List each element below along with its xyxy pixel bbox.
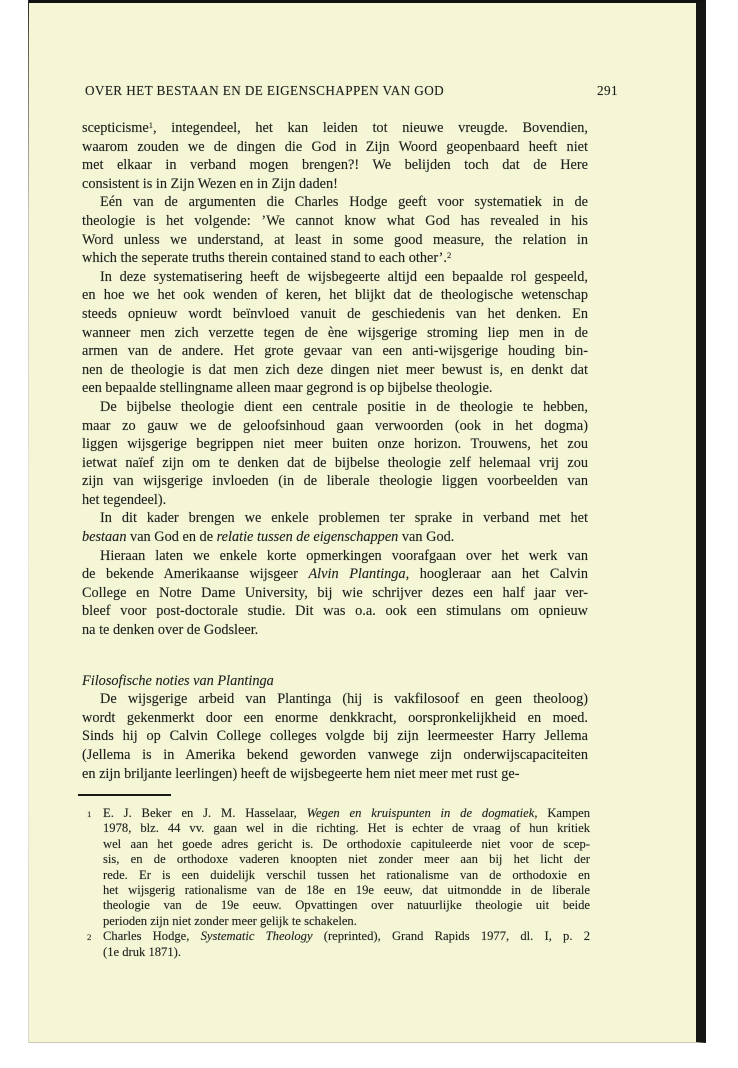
text-line: liggen wijsgerige begrippen niet meer bu… [82, 435, 588, 454]
text-line: waarom zouden we de dingen die God in Zi… [82, 138, 588, 157]
footnote-line: (1e druk 1871). [103, 945, 590, 960]
text-line: (Jellema is in Amerika bekend geworden v… [82, 746, 588, 765]
text-line: College en Notre Dame University, bij wi… [82, 584, 588, 603]
footnote-line: perioden zijn niet zonder meer gelijk te… [103, 914, 590, 929]
text-line: theologie is het volgende: ’We cannot kn… [82, 212, 588, 231]
text-line: De wijsgerige arbeid van Plantinga (hij … [82, 690, 588, 709]
text-line: nen de theologie is dat men zich deze di… [82, 361, 588, 380]
text-line: Eén van de argumenten die Charles Hodge … [82, 193, 588, 212]
footnote: 2Charles Hodge, Systematic Theology (rep… [85, 929, 590, 960]
footnote-divider [78, 794, 171, 796]
footnote-line: theologie van de 19e eeuw. Opvattingen o… [103, 898, 590, 913]
text-line: consistent is in Zijn Wezen en in Zijn d… [82, 175, 588, 194]
book-page: OVER HET BESTAAN EN DE EIGENSCHAPPEN VAN… [29, 0, 706, 1043]
scanned-page: OVER HET BESTAAN EN DE EIGENSCHAPPEN VAN… [0, 0, 738, 1068]
footnotes: 1E. J. Beker en J. M. Hasselaar, Wegen e… [85, 806, 590, 960]
text-line: de bekende Amerikaanse wijsgeer Alvin Pl… [82, 565, 588, 584]
text-line: zijn van wijsgerige invloeden (in de lib… [82, 472, 588, 491]
page-number: 291 [597, 83, 618, 98]
footnote-line: sis, en de orthodoxe vaderen knoopten ni… [103, 852, 590, 867]
text-line: Sinds hij op Calvin College colleges vol… [82, 727, 588, 746]
text-line: ietwat naïef zijn om te denken dat de bi… [82, 454, 588, 473]
text-line: Word unless we understand, at least in s… [82, 231, 588, 250]
footnote-line: wel aan het goede adres gericht is. De o… [103, 837, 590, 852]
footnote-line: 1978, blz. 44 vv. gaan wel in die richti… [103, 821, 590, 836]
text-line: steeds opnieuw wordt beïnvloed vanuit de… [82, 305, 588, 324]
text-line: en zijn briljante leerlingen) heeft de w… [82, 765, 588, 784]
text-line: In dit kader brengen we enkele problemen… [82, 509, 588, 528]
text-line: een bepaalde stellingname alleen maar ge… [82, 379, 588, 398]
text-line: wordt gekenmerkt door een enorme denkkra… [82, 709, 588, 728]
footnote-marker: 2 [87, 930, 91, 945]
footnote-line: het wijsgerig rationalisme van de 18e en… [103, 883, 590, 898]
text-line: met elkaar in verband mogen brengen?! We… [82, 156, 588, 175]
footnote-marker: 1 [87, 807, 91, 822]
text-line: scepticisme1, integendeel, het kan leide… [82, 119, 588, 138]
text-line: en hoe we het ook wenden of keren, het b… [82, 286, 588, 305]
section-heading: Filosofische noties van Plantinga [82, 672, 588, 691]
text-line: bestaan van God en de relatie tussen de … [82, 528, 588, 547]
text-line: De bijbelse theologie dient een centrale… [82, 398, 588, 417]
text-line: wanneer men zich verzette tegen de ène w… [82, 324, 588, 343]
footnote-line: rede. Er is een duidelijk verschil tusse… [103, 868, 590, 883]
running-head: OVER HET BESTAAN EN DE EIGENSCHAPPEN VAN… [85, 83, 618, 98]
text-line: maar zo gauw we de geloofsinhoud gaan ve… [82, 417, 588, 436]
text-line: bleef voor post-doctorale studie. Dit wa… [82, 602, 588, 621]
footnote-line: Charles Hodge, Systematic Theology (repr… [103, 929, 590, 944]
running-title: OVER HET BESTAAN EN DE EIGENSCHAPPEN VAN… [85, 83, 444, 98]
text-line: Hieraan laten we enkele korte opmerkinge… [82, 547, 588, 566]
text-line: na te denken over de Godsleer. [82, 621, 588, 640]
text-line: armen van de andere. Het grote gevaar va… [82, 342, 588, 361]
footnote-line: E. J. Beker en J. M. Hasselaar, Wegen en… [103, 806, 590, 821]
text-line: het tegendeel). [82, 491, 588, 510]
body-text: scepticisme1, integendeel, het kan leide… [82, 119, 588, 783]
text-line: which the seperate truths therein contai… [82, 249, 588, 268]
footnote: 1E. J. Beker en J. M. Hasselaar, Wegen e… [85, 806, 590, 929]
text-line: In deze systematisering heeft de wijsbeg… [82, 268, 588, 287]
